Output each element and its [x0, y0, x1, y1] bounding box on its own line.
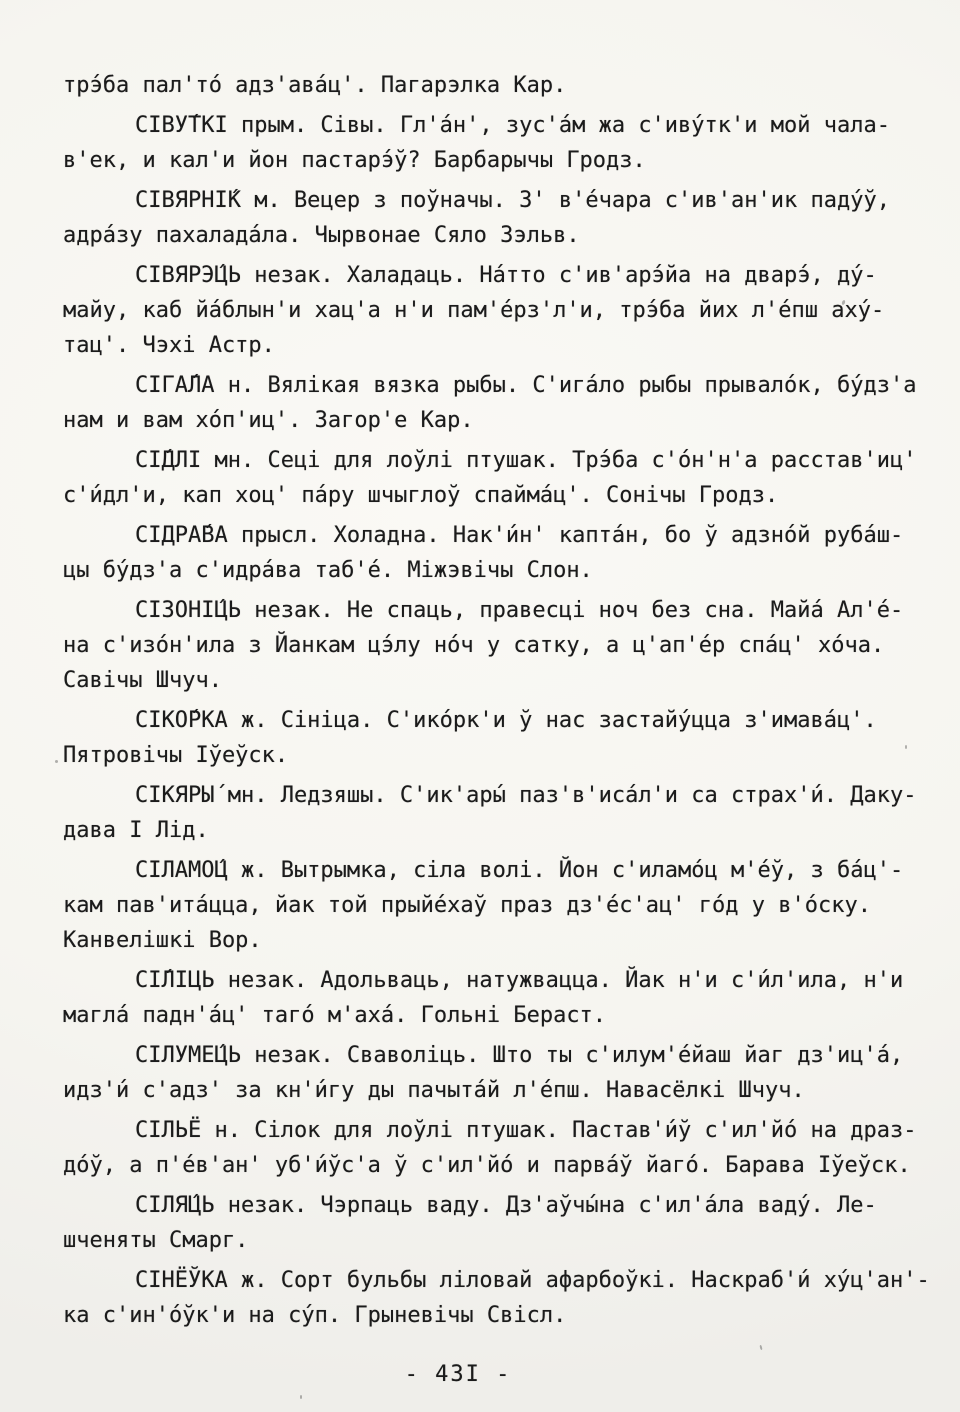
entry-line: адра́зу пахалада́ла. Чырвонае Сяло Зэльв…: [63, 218, 893, 253]
scan-speckle: [905, 745, 907, 749]
entry-line: СІКЯРЫ́ мн. Ледзяшы. С'ик'ары́ паз'в'иса…: [63, 778, 893, 813]
dictionary-entry-siljo: СІЛЬЁ н. Сілок для лоўлі птушак. Пастав'…: [63, 1113, 893, 1183]
scan-speckle: [300, 1395, 302, 1399]
entry-line: магла́ падн'а́ц' таго́ м'аха́. Гольні Бе…: [63, 998, 893, 1033]
dictionary-entry-silumec: СІЛУМЕ́ЦЬ незак. Сваволіць. Што ты с'илу…: [63, 1038, 893, 1108]
entry-line: в'ек, и кал'и йон пастарэ́ў? Барбарычы Г…: [63, 143, 893, 178]
entry-line: трэ́ба пал'то́ адз'ава́ц'. Пагарэлка Кар…: [63, 68, 893, 103]
entry-line: СІЗОНІ́ЦЬ незак. Не спаць, правесці ноч …: [63, 593, 893, 628]
entry-line: СІЛЬЁ н. Сілок для лоўлі птушак. Пастав'…: [63, 1113, 893, 1148]
dictionary-entry-siljac: СІЛЯ́ЦЬ незак. Чэрпаць ваду. Дз'аўчы́на …: [63, 1188, 893, 1258]
dictionary-entry-sivjarec: СІВЯРЭ́ЦЬ незак. Халадаць. На́тто с'ив'а…: [63, 258, 893, 363]
entry-line: до́ў, а п'е́в'ан' уб'и́ўс'а ў с'ил'йо́ и…: [63, 1148, 893, 1183]
entry-line: СІГА́ЛА н. Вялікая вязка рыбы. С'ига́ло …: [63, 368, 893, 403]
entry-line: нам и вам хо́п'иц'. Загор'е Кар.: [63, 403, 893, 438]
dictionary-entry-sikorka: СІКО́РКА ж. Сініца. С'ико́рк'и ў нас зас…: [63, 703, 893, 773]
entry-line: СІНЁЎКА ж. Сорт бульбы ліловай афарбоўкі…: [63, 1263, 893, 1298]
entry-line: на с'изо́н'ила з Йанкам цэ́лу но́ч у сат…: [63, 628, 893, 663]
dictionary-entry-silic: СІ́ЛІЦЬ незак. Адольваць, натужвацца. Йа…: [63, 963, 893, 1033]
dictionary-entry-sikjary: СІКЯРЫ́ мн. Ледзяшы. С'ик'ары́ паз'в'иса…: [63, 778, 893, 848]
paragraph-continuation: трэ́ба пал'то́ адз'ава́ц'. Пагарэлка Кар…: [63, 68, 893, 103]
entry-line: СІЛУМЕ́ЦЬ незак. Сваволіць. Што ты с'илу…: [63, 1038, 893, 1073]
dictionary-entry-sidli: СІ́ДЛІ мн. Сеці для лоўлі птушак. Трэ́ба…: [63, 443, 893, 513]
entry-line: СІЛЯ́ЦЬ незак. Чэрпаць ваду. Дз'аўчы́на …: [63, 1188, 893, 1223]
entry-line: идз'и́ с'адз' за кн'и́гу ды пачыта́й л'е…: [63, 1073, 893, 1108]
entry-line: дава І Лід.: [63, 813, 893, 848]
dictionary-entry-sigala: СІГА́ЛА н. Вялікая вязка рыбы. С'ига́ло …: [63, 368, 893, 438]
dictionary-entry-sivutki: СІВУ́ТКІ прым. Сівы. Гл'а́н', зус'а́м жа…: [63, 108, 893, 178]
entry-line: кам пав'ита́цца, йак той прыйе́хаў праз …: [63, 888, 893, 923]
entry-line: тац'. Чэхі Астр.: [63, 328, 893, 363]
page-number: - 43I -: [63, 1357, 853, 1392]
entry-line: СІВЯРНІ́К м. Вецер з поўначы. З' в'е́чар…: [63, 183, 893, 218]
scan-speckle: [55, 760, 58, 763]
entry-line: Пятровічы Іўеўск.: [63, 738, 893, 773]
entry-line: СІДРА́ВА прысл. Холадна. Нак'и́н' капта́…: [63, 518, 893, 553]
text-block: трэ́ба пал'то́ адз'ава́ц'. Пагарэлка Кар…: [63, 68, 893, 1392]
entry-line: СІКО́РКА ж. Сініца. С'ико́рк'и ў нас зас…: [63, 703, 893, 738]
dictionary-entry-sivjarnik: СІВЯРНІ́К м. Вецер з поўначы. З' в'е́чар…: [63, 183, 893, 253]
entry-line: шченяты Смарг.: [63, 1223, 893, 1258]
entry-line: ка с'ин'о́ўк'и на су́п. Грыневічы Свісл.: [63, 1298, 893, 1333]
entry-line: СІ́ДЛІ мн. Сеці для лоўлі птушак. Трэ́ба…: [63, 443, 893, 478]
entry-line: СІЛАМО́Ц ж. Вытрымка, сіла волі. Йон с'и…: [63, 853, 893, 888]
dictionary-entry-sidrava: СІДРА́ВА прысл. Холадна. Нак'и́н' капта́…: [63, 518, 893, 588]
dictionary-entry-sinjouka: СІНЁЎКА ж. Сорт бульбы ліловай афарбоўкі…: [63, 1263, 893, 1333]
entry-line: СІВЯРЭ́ЦЬ незак. Халадаць. На́тто с'ив'а…: [63, 258, 893, 293]
dictionary-entry-sizonic: СІЗОНІ́ЦЬ незак. Не спаць, правесці ноч …: [63, 593, 893, 698]
entry-line: с'и́дл'и, кап хоц' па́ру шчыглоў спайма́…: [63, 478, 893, 513]
entry-line: СІ́ЛІЦЬ незак. Адольваць, натужвацца. Йа…: [63, 963, 893, 998]
scanned-dictionary-page: трэ́ба пал'то́ адз'ава́ц'. Пагарэлка Кар…: [0, 0, 960, 1412]
entry-line: СІВУ́ТКІ прым. Сівы. Гл'а́н', зус'а́м жа…: [63, 108, 893, 143]
dictionary-entry-silamoc: СІЛАМО́Ц ж. Вытрымка, сіла волі. Йон с'и…: [63, 853, 893, 958]
entry-line: майу, каб йа́блын'и хац'а н'и пам'е́рз'л…: [63, 293, 893, 328]
entry-line: цы бу́дз'а с'идра́ва таб'е́. Міжэвічы Сл…: [63, 553, 893, 588]
entry-line: Канвелішкі Вор.: [63, 923, 893, 958]
entry-line: Савічы Шчуч.: [63, 663, 893, 698]
